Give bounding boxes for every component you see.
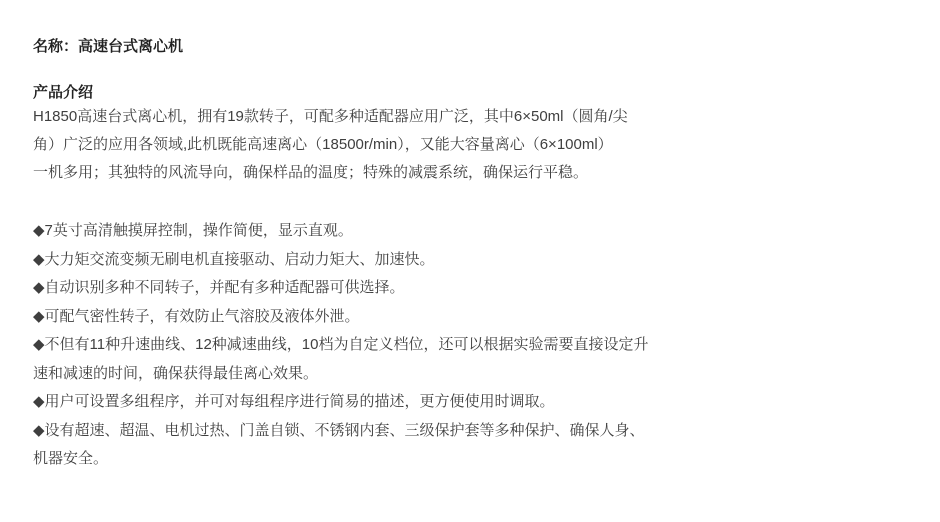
feature-line: ◆大力矩交流变频无刷电机直接驱动、启动力矩大、加速快。 [33, 246, 910, 275]
feature-item: ◆不但有11种升速曲线、12种减速曲线，10档为自定义档位，还可以根据实验需要直… [33, 331, 910, 388]
document-page: 名称：高速台式离心机 产品介绍 H1850高速台式离心机，拥有19款转子，可配多… [0, 0, 940, 522]
section-heading-product-intro: 产品介绍 [33, 83, 910, 103]
feature-line: ◆7英寸高清触摸屏控制，操作简便，显示直观。 [33, 217, 910, 246]
product-name-label: 名称： [33, 38, 78, 55]
feature-line: ◆自动识别多种不同转子，并配有多种适配器可供选择。 [33, 274, 910, 303]
feature-item: ◆用户可设置多组程序，并可对每组程序进行简易的描述，更方便使用时调取。 [33, 388, 910, 417]
feature-item: ◆设有超速、超温、电机过热、门盖自锁、不锈钢内套、三级保护套等多种保护、确保人身… [33, 417, 910, 474]
feature-line: ◆不但有11种升速曲线、12种减速曲线，10档为自定义档位，还可以根据实验需要直… [33, 331, 910, 360]
feature-item: ◆7英寸高清触摸屏控制，操作简便，显示直观。 [33, 217, 910, 246]
intro-line: 角）广泛的应用各领域,此机既能高速离心（18500r/min），又能大容量离心（… [33, 131, 910, 159]
feature-line-continuation: 机器安全。 [33, 445, 910, 474]
feature-item: ◆可配气密性转子，有效防止气溶胶及液体外泄。 [33, 303, 910, 332]
feature-line: ◆可配气密性转子，有效防止气溶胶及液体外泄。 [33, 303, 910, 332]
feature-item: ◆大力矩交流变频无刷电机直接驱动、启动力矩大、加速快。 [33, 246, 910, 275]
feature-line: ◆设有超速、超温、电机过热、门盖自锁、不锈钢内套、三级保护套等多种保护、确保人身… [33, 417, 910, 446]
intro-line: 一机多用；其独特的风流导向，确保样品的温度；特殊的减震系统，确保运行平稳。 [33, 159, 910, 187]
feature-list: ◆7英寸高清触摸屏控制，操作简便，显示直观。 ◆大力矩交流变频无刷电机直接驱动、… [33, 217, 910, 474]
feature-item: ◆自动识别多种不同转子，并配有多种适配器可供选择。 [33, 274, 910, 303]
intro-paragraph: H1850高速台式离心机，拥有19款转子，可配多种适配器应用广泛，其中6×50m… [33, 103, 910, 187]
feature-line-continuation: 速和减速的时间，确保获得最佳离心效果。 [33, 360, 910, 389]
intro-line: H1850高速台式离心机，拥有19款转子，可配多种适配器应用广泛，其中6×50m… [33, 103, 910, 131]
product-name-line: 名称：高速台式离心机 [33, 37, 910, 57]
product-name-value: 高速台式离心机 [78, 38, 183, 55]
feature-line: ◆用户可设置多组程序，并可对每组程序进行简易的描述，更方便使用时调取。 [33, 388, 910, 417]
